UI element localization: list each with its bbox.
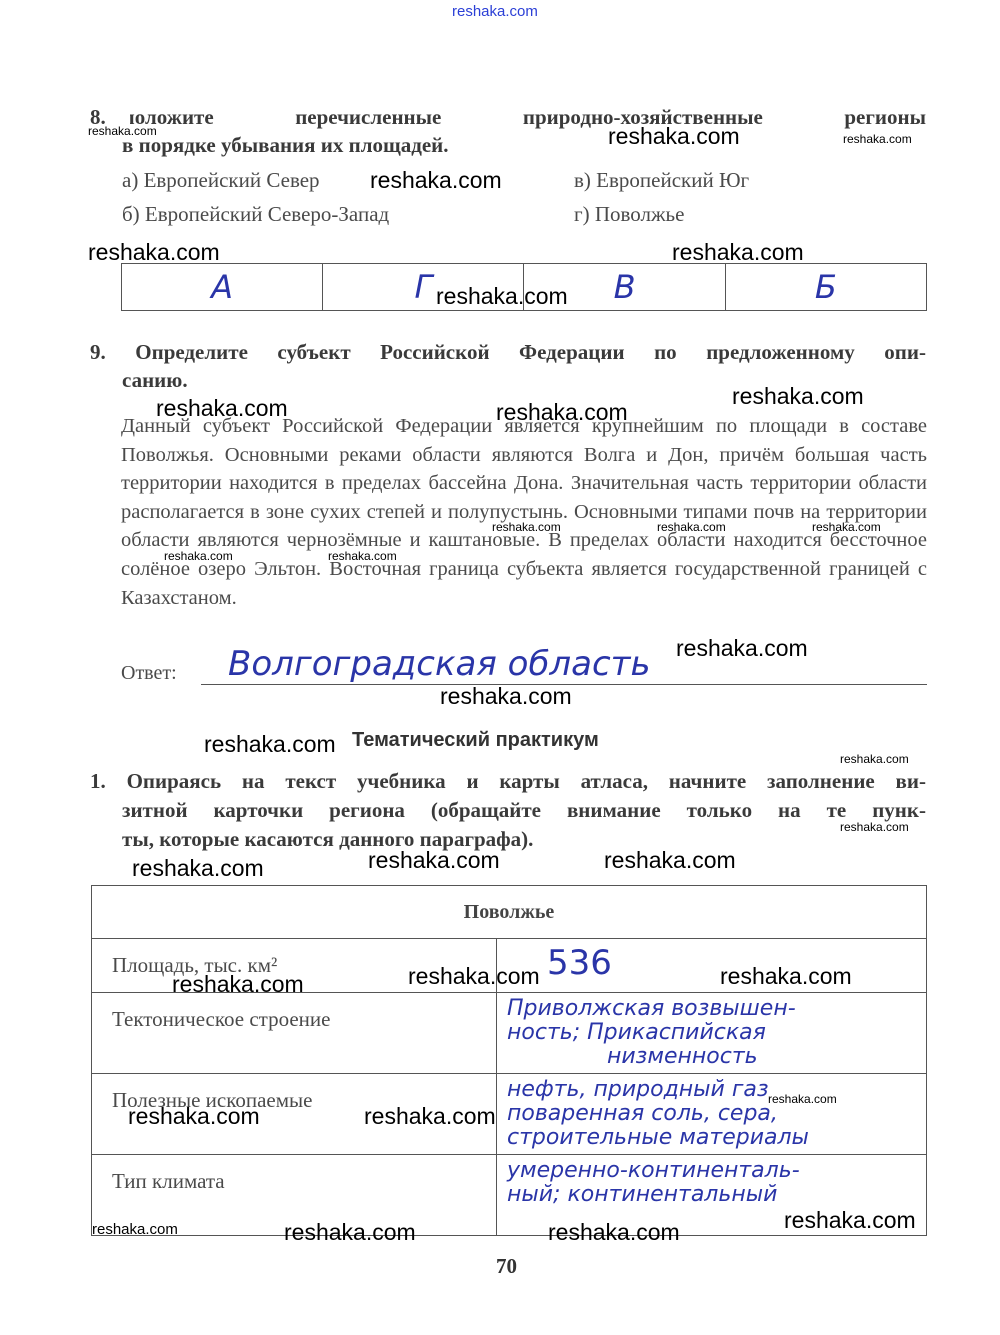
watermark[interactable]: reshaka.com [732,385,864,408]
watermark[interactable]: reshaka.com [88,241,220,264]
watermark[interactable]: reshaka.com [436,285,568,308]
answer-cell-4[interactable]: Б [725,264,926,311]
task1-line1: 1. Опираясь на текст учебника и карты ат… [90,767,926,796]
region-card-table: Поволжье Площадь, тыс. км² 536 Тектониче… [91,885,927,1236]
task8-option-v: в) Европейский Юг [574,168,749,193]
card-row-minerals-value[interactable]: нефть, природный газ поваренная соль, се… [497,1074,927,1155]
watermark[interactable]: reshaka.com [496,401,628,424]
watermark[interactable]: reshaka.com [88,125,157,137]
task1-line2: зитной карточки региона (обращайте внима… [122,796,926,825]
watermark[interactable]: reshaka.com [672,241,804,264]
watermark[interactable]: reshaka.com [843,133,912,145]
watermark[interactable]: reshaka.com [132,857,264,880]
watermark[interactable]: reshaka.com [608,125,740,148]
card-row-tectonics-label: Тектоническое строение [92,993,497,1074]
answer-cell-1[interactable]: А [122,264,323,311]
watermark[interactable]: reshaka.com [812,521,881,533]
task8-option-a: а) Европейский Север [122,168,320,193]
watermark[interactable]: reshaka.com [657,521,726,533]
task8-question-line1: Расположите перечисленные природно-хозяй… [90,103,926,132]
watermark[interactable]: reshaka.com [492,521,561,533]
watermark[interactable]: reshaka.com [720,965,852,988]
watermark-top[interactable]: reshaka.com [452,4,538,19]
task9-description: Данный субъект Российской Федерации явля… [121,412,927,612]
watermark[interactable]: reshaka.com [156,397,288,420]
watermark[interactable]: reshaka.com [368,849,500,872]
card-header: Поволжье [92,886,927,939]
watermark[interactable]: reshaka.com [328,550,397,562]
watermark[interactable]: reshaka.com [128,1105,260,1128]
watermark[interactable]: reshaka.com [164,550,233,562]
watermark[interactable]: reshaka.com [92,1222,178,1237]
watermark[interactable]: reshaka.com [284,1221,416,1244]
watermark[interactable]: reshaka.com [370,169,502,192]
task9-question-line1: 9. Определите субъект Российской Федерац… [90,338,926,367]
watermark[interactable]: reshaka.com [408,965,540,988]
section-title: Тематический практикум [352,729,599,752]
task9-question-line2: санию. [122,366,188,395]
watermark[interactable]: reshaka.com [440,685,572,708]
task8-question-line2: в порядке убывания их площадей. [122,131,449,160]
card-row-tectonics-value[interactable]: Приволжская возвышен- ность; Прикаспийск… [497,993,927,1074]
watermark[interactable]: reshaka.com [676,637,808,660]
card-row-area-value[interactable]: 536 [497,939,927,993]
watermark[interactable]: reshaka.com [840,821,909,833]
watermark[interactable]: reshaka.com [768,1093,837,1105]
page-number: 70 [496,1254,517,1279]
watermark[interactable]: reshaka.com [784,1209,916,1232]
task9-answer-value: Волгоградская область [228,644,651,684]
watermark[interactable]: reshaka.com [604,849,736,872]
task8-option-g: г) Поволжье [574,202,684,227]
watermark[interactable]: reshaka.com [204,733,336,756]
watermark[interactable]: reshaka.com [548,1221,680,1244]
watermark[interactable]: reshaka.com [172,973,304,996]
watermark[interactable]: reshaka.com [840,753,909,765]
task9-answer-label: Ответ: [121,662,177,685]
watermark[interactable]: reshaka.com [364,1105,496,1128]
task8-option-b: б) Европейский Северо-Запад [122,202,389,227]
